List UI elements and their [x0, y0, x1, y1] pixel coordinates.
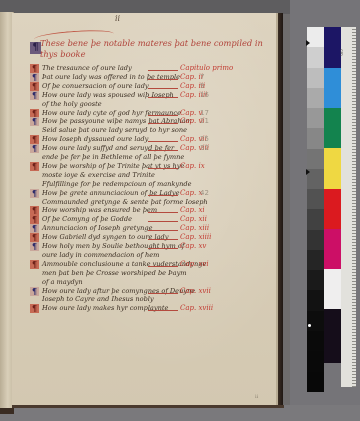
gray-patch: [307, 270, 324, 290]
pencil-page-number: 9: [200, 82, 204, 90]
leader-rule: [148, 221, 178, 222]
target-marker-icon: [306, 40, 310, 46]
gray-patch: [307, 128, 324, 148]
entry-text: How Ioseph dyssaued oure lady: [42, 135, 148, 144]
swatch-red: [324, 189, 341, 229]
entry-text: Þat oure lady was offered in to þe templ…: [42, 73, 180, 82]
pencil-page-number: 16: [200, 91, 209, 99]
pencil-page-number: 17: [200, 109, 209, 117]
chapter-reference: Cap. xi: [180, 206, 205, 215]
page-edge-bottom: [12, 405, 284, 408]
gray-patch: [307, 290, 324, 310]
gray-patch: [307, 108, 324, 128]
leader-rule: [148, 79, 178, 80]
chapter-reference: Cap. xiii: [180, 224, 209, 233]
entry-text: oure lady in commendacion of hem: [42, 251, 159, 260]
entry-text: How worship was ensured be þem: [42, 206, 157, 215]
chapter-reference: Cap. ix: [180, 162, 205, 171]
chapter-reference: Capitulo primo: [180, 64, 233, 73]
entry-text: How oure lady cyte of god hyr fermaunce: [42, 109, 181, 118]
gray-patch: [307, 68, 324, 88]
gray-patch: [307, 311, 324, 331]
entry-text: Annunciacion of Ioseph gretynge: [42, 224, 153, 233]
entry-text: How þe worship of þe Trinite þat yt ys h…: [42, 162, 184, 171]
chapter-reference: Cap. xiiii: [180, 233, 211, 242]
gray-patch: [307, 230, 324, 250]
entry-text: of a maydyn: [42, 278, 83, 287]
entry-text: How Gabriell dyd syngen to oure lady: [42, 233, 169, 242]
color-calibration-target: cm: [307, 27, 357, 392]
swatch-magenta: [324, 229, 341, 269]
target-marker-icon: [306, 169, 310, 175]
entry-text: Of þe Comyng of þe Godde: [42, 215, 132, 224]
entry-text: moste ioye & exercise and Trinite: [42, 171, 155, 180]
gray-patch: [307, 47, 324, 67]
leader-rule: [148, 266, 178, 267]
entry-text: How oure lady makes hyr complaynte: [42, 304, 168, 313]
pilcrow-initial-icon: ¶: [30, 162, 39, 171]
pilcrow-initial-icon: ¶: [30, 91, 39, 100]
pencil-page-number: 42: [200, 189, 209, 197]
contents-heading: These bene þe notable materes þat bene c…: [40, 38, 272, 60]
leader-rule: [148, 248, 178, 249]
gray-patch: [307, 149, 324, 169]
leader-rule: [148, 195, 178, 196]
page-edge-right: [278, 13, 283, 407]
leader-rule: [148, 230, 178, 231]
ruler-label: cm: [338, 49, 343, 56]
pilcrow-initial-icon: ¶: [30, 304, 39, 313]
pilcrow-initial-icon: ¶: [30, 144, 39, 153]
leader-rule: [148, 115, 178, 116]
chapter-reference: Cap. xvi: [180, 260, 209, 269]
entry-text: of the holy gooste: [42, 100, 102, 109]
chapter-reference: Cap. xvii: [180, 287, 211, 296]
leader-rule: [148, 310, 178, 311]
pencil-page-number: 7: [200, 73, 204, 81]
swatch-black: [324, 309, 341, 363]
chapter-reference: Cap. xviii: [180, 304, 213, 313]
pilcrow-initial-icon: ¶: [30, 242, 39, 251]
entry-text: How oure lady aftur þe comyngnes of Deuy…: [42, 287, 195, 296]
entry-text: Ioseph to Cayre and Ihesus nobly: [42, 295, 154, 304]
leader-rule: [148, 123, 178, 124]
entry-text: How oure lady was spoused wiþ Ioseph: [42, 91, 174, 100]
entry-text: How holy men by Soulie bethought hym of: [42, 242, 184, 251]
gray-patch: [307, 250, 324, 270]
entry-text: How oure lady suffyd and seruyd þe fer: [42, 144, 174, 153]
leader-rule: [148, 150, 178, 151]
corner-note: ii: [255, 394, 258, 400]
swatch-yellow: [324, 148, 341, 189]
entry-text: The tresaunce of oure lady: [42, 64, 132, 73]
folio-number: ii: [115, 14, 120, 23]
ruler: [341, 27, 356, 387]
leader-rule: [148, 293, 178, 294]
swatch-navy: [324, 27, 341, 68]
pilcrow-initial-icon: ¶: [30, 260, 39, 269]
gray-patch: [307, 209, 324, 229]
gray-patch: [307, 351, 324, 371]
pencil-page-number: 21: [200, 117, 209, 125]
entry-text: Commaunded gretynge & sente þat forme Io…: [42, 198, 208, 207]
entry-text: Ffulfillinge for þe redempcioun of manky…: [42, 180, 191, 189]
target-dot-icon: [308, 324, 311, 327]
leader-rule: [148, 168, 178, 169]
pencil-page-number: 32: [200, 144, 209, 152]
color-swatch-strip: [324, 27, 341, 363]
leader-rule: [148, 88, 178, 89]
entry-text: How þe passyoune wiþe namys þat Abraham: [42, 117, 192, 126]
chapter-reference: Cap. xii: [180, 215, 207, 224]
swatch-white: [324, 269, 341, 309]
entry-text: How þe grete annunciacioun of þe Ladye: [42, 189, 180, 198]
leader-rule: [148, 97, 178, 98]
leader-rule: [148, 212, 178, 213]
entry-text: ende þe fer þe in Bethleme of all þe fym…: [42, 153, 184, 162]
leader-rule: [148, 70, 178, 71]
gray-patch: [307, 372, 324, 392]
swatch-blue: [324, 68, 341, 108]
binding-edge: [0, 408, 14, 414]
entry-text: Seid salue þat oure lady seruyd to hyr s…: [42, 126, 187, 135]
entry-text: Of þe conuersacion of oure lady: [42, 82, 149, 91]
pilcrow-initial-icon: ¶: [30, 117, 39, 126]
gray-patch: [307, 88, 324, 108]
pilcrow-initial-icon: ¶: [30, 287, 39, 296]
leader-rule: [148, 239, 178, 240]
pencil-page-number: 25: [200, 135, 209, 143]
grayscale-strip: [307, 27, 324, 392]
chapter-reference: Cap. xv: [180, 242, 206, 251]
leader-rule: [148, 141, 178, 142]
pilcrow-initial-icon: ¶: [30, 189, 39, 198]
gray-patch: [307, 331, 324, 351]
gray-patch: [307, 189, 324, 209]
swatch-green: [324, 108, 341, 148]
entry-text: men þat ben þe Crosse worshiped be Þaym: [42, 269, 187, 278]
